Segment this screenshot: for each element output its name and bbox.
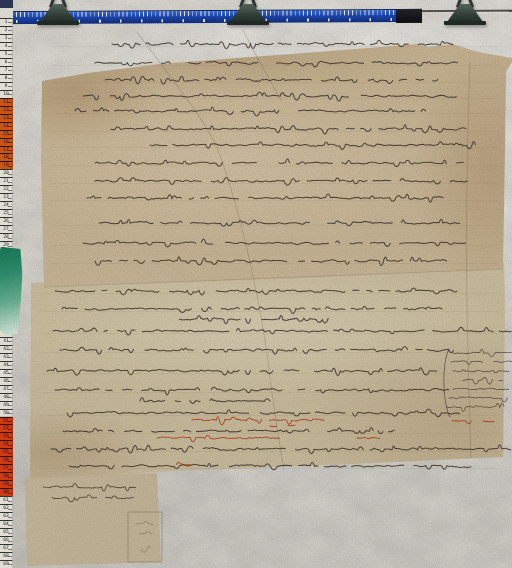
margin-note-line	[447, 403, 504, 411]
slip-script-line	[52, 495, 133, 502]
red-ink-insertion	[357, 438, 380, 439]
margin-note-line	[463, 377, 512, 384]
script-line-upper	[95, 257, 447, 266]
paper-crease	[243, 30, 281, 100]
red-ink-insertion	[157, 436, 280, 442]
script-line-lower	[47, 368, 437, 376]
script-line-upper	[75, 107, 426, 116]
script-line-lower	[55, 387, 449, 395]
script-line-lower	[63, 428, 394, 434]
script-line-upper	[150, 142, 475, 150]
script-line-upper	[99, 219, 460, 226]
script-line-upper	[83, 92, 456, 101]
margin-note-line	[451, 361, 512, 365]
script-line-upper	[95, 178, 467, 186]
slip-script-line	[43, 484, 136, 491]
script-line-upper	[112, 40, 453, 48]
script-line-lower	[60, 347, 461, 354]
sheet-seam	[44, 269, 503, 287]
red-ink-insertion	[270, 425, 295, 427]
red-ink-insertion	[452, 421, 503, 424]
slip-box-mark	[141, 547, 151, 553]
script-line-lower	[67, 409, 459, 417]
red-ink-insertion	[177, 462, 192, 465]
margin-note-line	[453, 370, 509, 373]
script-line-upper	[87, 194, 455, 202]
slip-box-mark	[139, 532, 152, 535]
red-ink-insertion	[192, 417, 325, 425]
slip-ruled-box	[128, 512, 162, 562]
margin-note-line	[453, 349, 511, 356]
slip-box-mark	[136, 521, 153, 524]
script-line-upper	[105, 76, 450, 84]
margin-note-line	[449, 397, 507, 402]
margin-note-line	[453, 388, 509, 390]
script-line-lower	[62, 306, 442, 313]
script-line-lower	[140, 398, 270, 404]
archival-photo: 1234567891011121314151617181920212223242…	[0, 0, 512, 568]
paper-crease	[467, 62, 471, 458]
script-line-lower	[180, 316, 329, 324]
paper-crease	[137, 32, 284, 470]
handwriting-layer	[0, 0, 512, 568]
script-line-lower	[53, 327, 511, 335]
script-line-upper	[111, 125, 466, 134]
script-line-upper	[95, 61, 457, 67]
